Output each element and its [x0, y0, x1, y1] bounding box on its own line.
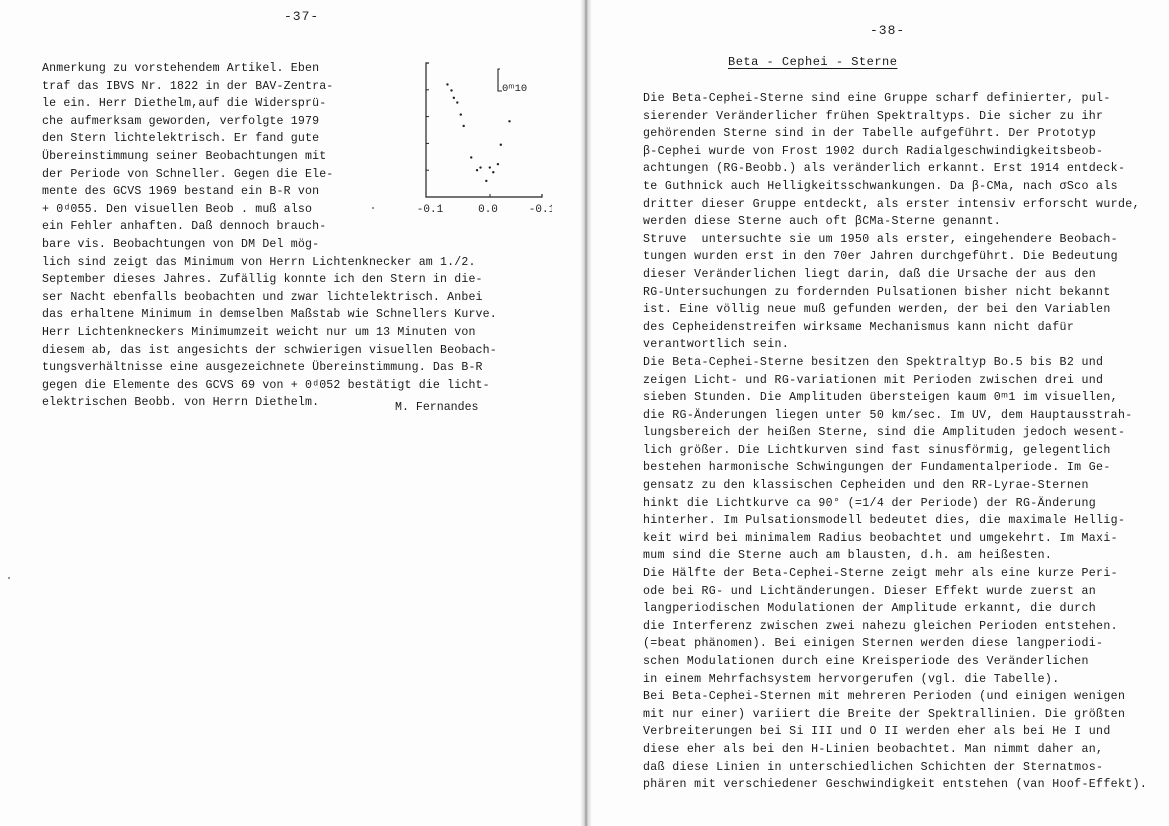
text-line: dieser Veränderlichen liegt darin, daß d… — [643, 266, 1147, 284]
text-line: verantwortlich sein. — [643, 336, 1147, 354]
text-line: gensatz zu den klassischen Cepheiden und… — [643, 477, 1147, 495]
text-line: diesem ab, das ist angesichts der schwie… — [42, 342, 497, 360]
text-line: bestehen harmonische Schwingungen der Fu… — [643, 459, 1147, 477]
text-line: hinkt die Lichtkurve ca 90° (=1/4 der Pe… — [643, 495, 1147, 513]
text-line: Verbreiterungen bei Si III und O II werd… — [643, 723, 1147, 741]
text-line: mum sind die Sterne auch am blausten, d.… — [643, 547, 1147, 565]
text-line: bare vis. Beobachtungen von DM Del mög- — [42, 236, 497, 254]
text-line: ist. Eine völlig neue muß gefunden werde… — [643, 301, 1147, 319]
text-line: diese eher als bei den H-Linien beobacht… — [643, 741, 1147, 759]
right-page: -38- Beta - Cephei - Sterne Die Beta-Cep… — [586, 0, 1169, 826]
text-line: le ein. Herr Diethelm,auf die Widersprü- — [42, 95, 333, 113]
text-line: Struve untersuchte sie um 1950 als erste… — [643, 231, 1147, 249]
text-line: phären mit verschiedener Geschwindigkeit… — [643, 776, 1147, 794]
page-number: -38- — [870, 23, 905, 38]
text-line: Herr Lichtenkneckers Minimumzeit weicht … — [42, 324, 497, 342]
text-line: der Periode von Schneller. Gegen die Ele… — [42, 166, 333, 184]
text-line: die RG-Änderungen liegen unter 50 km/sec… — [643, 407, 1147, 425]
text-line: tungen wurden erst in den 70er Jahren du… — [643, 248, 1147, 266]
svg-text:-0.1: -0.1 — [529, 204, 552, 216]
text-line: Übereinstimmung seiner Beobachtungen mit — [42, 148, 333, 166]
text-line: che aufmerksam geworden, verfolgte 1979 — [42, 113, 333, 131]
text-line: zeigen Licht- und RG-variationen mit Per… — [643, 372, 1147, 390]
document-spread: -37- Anmerkung zu vorstehendem Artikel. … — [0, 0, 1169, 826]
text-line: ein Fehler anhaften. Daß dennoch brauch- — [42, 218, 333, 236]
page-number: -37- — [284, 9, 319, 24]
text-line: werden diese Sterne auch oft βCMa-Sterne… — [643, 213, 1147, 231]
text-line: tungsverhältnisse eine ausgezeichnete Üb… — [42, 359, 497, 377]
text-line: traf das IBVS Nr. 1822 in der BAV-Zentra… — [42, 78, 333, 96]
section-body-text: Die Beta-Cephei-Sterne sind eine Gruppe … — [643, 90, 1147, 794]
text-line: gehörenden Sterne sind in der Tabelle au… — [643, 125, 1147, 143]
text-line: den Stern lichtelektrisch. Er fand gute — [42, 130, 333, 148]
text-line: des Cepheidenstreifen wirksame Mechanism… — [643, 319, 1147, 337]
text-line: September dieses Jahres. Zufällig konnte… — [42, 271, 497, 289]
text-line: Die Hälfte der Beta-Cephei-Sterne zeigt … — [643, 565, 1147, 583]
text-line: RG-Untersuchungen zu fordernden Pulsatio… — [643, 284, 1147, 302]
text-line: dritter dieser Gruppe entdeckt, als erst… — [643, 196, 1147, 214]
text-line: sierender Veränderlicher frühen Spektral… — [643, 108, 1147, 126]
text-line: lich sind zeigt das Minimum von Herrn Li… — [42, 254, 497, 272]
section-title: Beta - Cephei - Sterne — [728, 55, 897, 69]
text-line: Bei Beta-Cephei-Sternen mit mehreren Per… — [643, 688, 1147, 706]
text-line: + 0ᵈ055. Den visuellen Beob . muß also — [42, 201, 333, 219]
text-line: te Guthnick auch Helligkeitsschwankungen… — [643, 178, 1147, 196]
svg-text:0ᵐ10: 0ᵐ10 — [502, 83, 527, 95]
text-line: ode bei RG- und Lichtänderungen. Dieser … — [643, 583, 1147, 601]
text-line: schen Modulationen durch eine Kreisperio… — [643, 653, 1147, 671]
author-signature: M. Fernandes — [395, 401, 479, 414]
text-line: keit wird bei minimalem Radius beobachte… — [643, 530, 1147, 548]
text-line: ser Nacht ebenfalls beobachten und zwar … — [42, 289, 497, 307]
text-line: die Interferenz zwischen zwei nahezu gle… — [643, 618, 1147, 636]
text-line: lungsbereich der heißen Sterne, sind die… — [643, 424, 1147, 442]
text-line: lich größer. Die Lichtkurven sind fast s… — [643, 442, 1147, 460]
light-curve-plot: -0.10.0-0.10ᵐ10 — [402, 55, 552, 220]
text-line: gegen die Elemente des GCVS 69 von + 0ᵈ0… — [42, 377, 497, 395]
text-line: Die Beta-Cephei-Sterne besitzen den Spek… — [643, 354, 1147, 372]
svg-text:-0.1: -0.1 — [417, 204, 444, 216]
text-line: sieben Stunden. Die Amplituden übersteig… — [643, 389, 1147, 407]
text-line: mit nur einer) variiert die Breite der S… — [643, 706, 1147, 724]
text-line: achtungen (RG-Beobb.) als veränderlich e… — [643, 160, 1147, 178]
text-line: (=beat phänomen). Bei einigen Sternen we… — [643, 635, 1147, 653]
left-page: -37- Anmerkung zu vorstehendem Artikel. … — [0, 0, 583, 826]
text-line: hinterher. Im Pulsationsmodell bedeutet … — [643, 512, 1147, 530]
text-line: Anmerkung zu vorstehendem Artikel. Eben — [42, 60, 333, 78]
article-note-text: Anmerkung zu vorstehendem Artikel. Ebent… — [42, 60, 333, 236]
text-line: in einem Mehrfachsystem hervorgerufen (v… — [643, 671, 1147, 689]
text-line: langperiodischen Modulationen der Amplit… — [643, 600, 1147, 618]
scan-speck — [8, 577, 10, 579]
light-curve-chart: -0.10.0-0.10ᵐ10 — [402, 55, 552, 220]
svg-text:0.0: 0.0 — [478, 204, 498, 216]
article-note-text-continued: bare vis. Beobachtungen von DM Del mög-l… — [42, 236, 497, 412]
text-line: Die Beta-Cephei-Sterne sind eine Gruppe … — [643, 90, 1147, 108]
text-line: das erhaltene Minimum in demselben Maßst… — [42, 306, 497, 324]
text-line: daß diese Linien in unterschiedlichen Sc… — [643, 759, 1147, 777]
text-line: mente des GCVS 1969 bestand ein B-R von — [42, 183, 333, 201]
scan-speck — [372, 207, 374, 209]
text-line: β-Cephei wurde von Frost 1902 durch Radi… — [643, 143, 1147, 161]
